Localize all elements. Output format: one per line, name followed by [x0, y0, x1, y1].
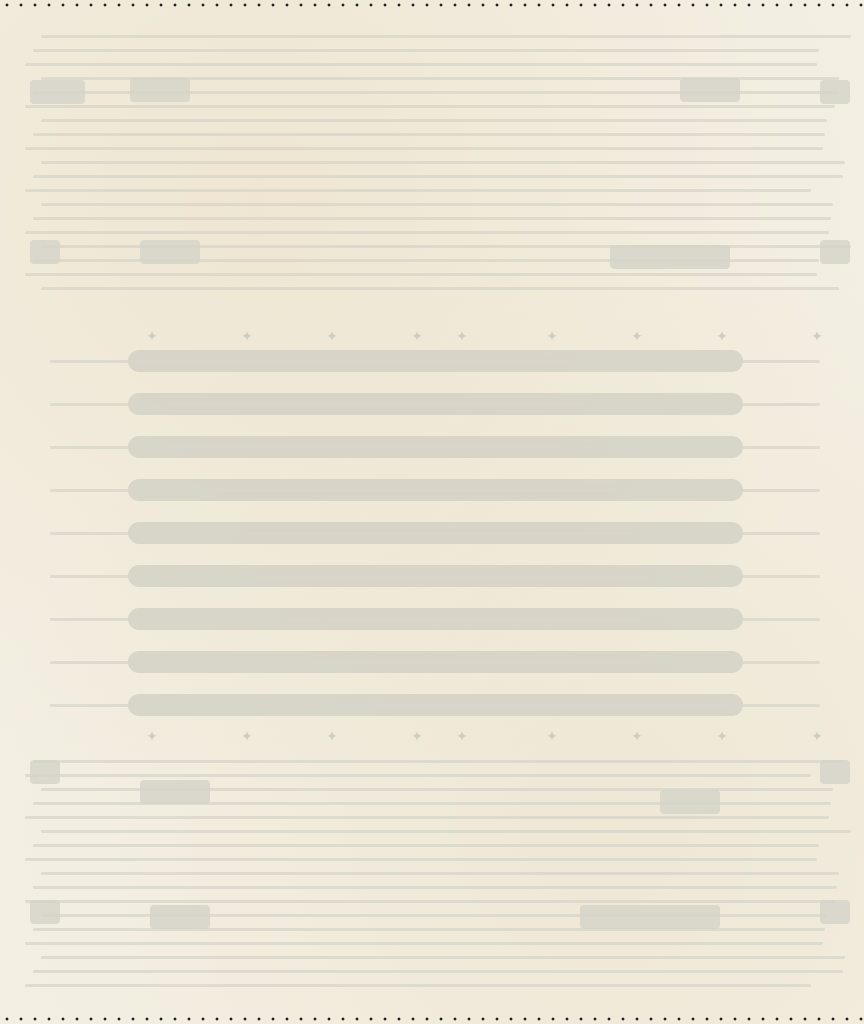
- pattern-line: [50, 403, 820, 406]
- rug-image: ✦✦✦✦✦✦✦✦✦✦✦✦✦✦✦✦✦✦: [0, 0, 864, 1024]
- pattern-line: [25, 858, 817, 861]
- pattern-line: [50, 360, 820, 363]
- pattern-line: [33, 886, 837, 889]
- pattern-line: [25, 774, 811, 777]
- star-icon: ✦: [630, 730, 644, 744]
- pattern-line: [33, 760, 843, 763]
- pattern-line: [50, 532, 820, 535]
- pattern-block: [680, 78, 740, 102]
- star-icon: ✦: [410, 330, 424, 344]
- star-icon: ✦: [240, 330, 254, 344]
- pattern-line: [50, 661, 820, 664]
- pattern-line: [25, 231, 829, 234]
- star-icon: ✦: [410, 730, 424, 744]
- pattern-block: [30, 900, 60, 924]
- pattern-line: [50, 618, 820, 621]
- pattern-line: [25, 273, 817, 276]
- star-icon: ✦: [325, 330, 339, 344]
- star-icon: ✦: [145, 330, 159, 344]
- star-icon: ✦: [545, 730, 559, 744]
- pattern-block: [30, 760, 60, 784]
- pattern-line: [41, 35, 851, 38]
- pattern-line: [33, 844, 819, 847]
- star-icon: ✦: [810, 730, 824, 744]
- star-icon: ✦: [715, 730, 729, 744]
- pattern-line: [25, 63, 817, 66]
- pattern-block: [820, 80, 850, 104]
- pattern-line: [41, 872, 839, 875]
- pattern-line: [33, 49, 819, 52]
- pattern-line: [33, 217, 831, 220]
- pattern-line: [50, 489, 820, 492]
- star-icon: ✦: [715, 330, 729, 344]
- bottom-fringe: [0, 1016, 864, 1022]
- pattern-line: [33, 970, 843, 973]
- pattern-block: [130, 78, 190, 102]
- pattern-line: [41, 287, 839, 290]
- pattern-line: [25, 900, 835, 903]
- pattern-line: [25, 942, 823, 945]
- pattern-line: [33, 175, 843, 178]
- pattern-block: [150, 905, 210, 929]
- pattern-line: [41, 830, 851, 833]
- pattern-block: [30, 240, 60, 264]
- star-icon: ✦: [325, 730, 339, 744]
- pattern-block: [140, 240, 200, 264]
- star-icon: ✦: [455, 330, 469, 344]
- pattern-block: [140, 780, 210, 804]
- star-icon: ✦: [455, 730, 469, 744]
- pattern-line: [25, 984, 811, 987]
- pattern-line: [25, 189, 811, 192]
- pattern-line: [33, 133, 825, 136]
- pattern-block: [820, 760, 850, 784]
- pattern-block: [610, 245, 730, 269]
- pattern-block: [820, 240, 850, 264]
- pattern-line: [50, 575, 820, 578]
- pattern-block: [660, 790, 720, 814]
- pattern-block: [580, 905, 720, 929]
- pattern-line: [41, 956, 845, 959]
- pattern-line: [25, 147, 823, 150]
- star-icon: ✦: [145, 730, 159, 744]
- star-icon: ✦: [545, 330, 559, 344]
- pattern-line: [50, 704, 820, 707]
- top-fringe: [0, 2, 864, 8]
- pattern-line: [41, 161, 845, 164]
- pattern-block: [820, 900, 850, 924]
- pattern-block: [30, 80, 85, 104]
- star-icon: ✦: [630, 330, 644, 344]
- pattern-line: [41, 203, 833, 206]
- star-icon: ✦: [810, 330, 824, 344]
- pattern-line: [41, 119, 827, 122]
- pattern-line: [50, 446, 820, 449]
- star-icon: ✦: [240, 730, 254, 744]
- pattern-line: [25, 816, 829, 819]
- pattern-line: [25, 105, 835, 108]
